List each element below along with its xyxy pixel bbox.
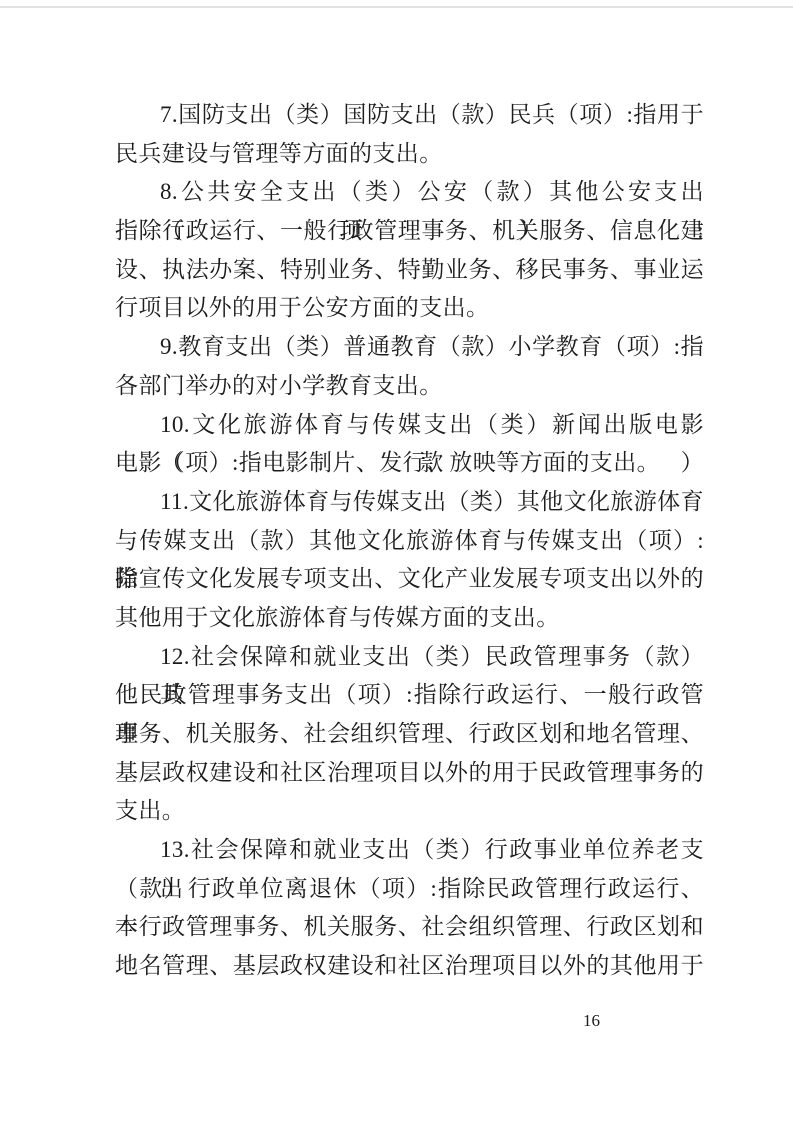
document-page: 7.国防支出（类）国防支出（款）民兵（项）:指用于 民兵建设与管理等方面的支出。…	[0, 0, 793, 1122]
paragraph-item-11: 11.文化旅游体育与传媒支出（类）其他文化旅游体育 与传媒支出（款）其他文化旅游…	[115, 483, 704, 638]
text-line: 7.国防支出（类）国防支出（款）民兵（项）:指用于	[115, 96, 704, 135]
text-line: 行项目以外的用于公安方面的支出。	[115, 289, 704, 328]
paragraph-item-9: 9.教育支出（类）普通教育（款）小学教育（项）:指 各部门举办的对小学教育支出。	[115, 328, 704, 405]
text-line: 9.教育支出（类）普通教育（款）小学教育（项）:指	[115, 328, 704, 367]
page-number: 16	[583, 1010, 600, 1032]
text-line: （款）行政单位离退休（项）:指除民政管理行政运行、一	[115, 870, 704, 909]
text-line: 8.公共安全支出（类）公安（款）其他公安支出（项）:	[115, 173, 704, 212]
text-line: 除宣传文化发展专项支出、文化产业发展专项支出以外的	[115, 560, 704, 599]
text-line: 指除行政运行、一般行政管理事务、机关服务、信息化建	[115, 212, 704, 251]
text-line: 民兵建设与管理等方面的支出。	[115, 135, 704, 174]
text-line: 地名管理、基层政权建设和社区治理项目以外的其他用于	[115, 947, 704, 986]
document-body: 7.国防支出（类）国防支出（款）民兵（项）:指用于 民兵建设与管理等方面的支出。…	[115, 96, 704, 986]
text-line: 10.文化旅游体育与传媒支出（类）新闻出版电影（款）	[115, 406, 704, 445]
text-line: 11.文化旅游体育与传媒支出（类）其他文化旅游体育	[115, 483, 704, 522]
text-line: 他民政管理事务支出（项）:指除行政运行、一般行政管理	[115, 676, 704, 715]
text-line: 各部门举办的对小学教育支出。	[115, 367, 704, 406]
scan-artifact-top-edge	[0, 6, 793, 8]
text-line: 其他用于文化旅游体育与传媒方面的支出。	[115, 599, 704, 638]
paragraph-item-13: 13.社会保障和就业支出（类）行政事业单位养老支出 （款）行政单位离退休（项）:…	[115, 831, 704, 986]
paragraph-item-8: 8.公共安全支出（类）公安（款）其他公安支出（项）: 指除行政运行、一般行政管理…	[115, 173, 704, 328]
text-line: 设、执法办案、特别业务、特勤业务、移民事务、事业运	[115, 251, 704, 290]
text-line: 13.社会保障和就业支出（类）行政事业单位养老支出	[115, 831, 704, 870]
text-line: 支出。	[115, 792, 704, 831]
text-line: 12.社会保障和就业支出（类）民政管理事务（款）其	[115, 638, 704, 677]
text-line: 基层政权建设和社区治理项目以外的用于民政管理事务的	[115, 754, 704, 793]
text-line: 电影（项）:指电影制片、发行、放映等方面的支出。	[115, 444, 704, 483]
paragraph-item-10: 10.文化旅游体育与传媒支出（类）新闻出版电影（款） 电影（项）:指电影制片、发…	[115, 406, 704, 483]
paragraph-item-12: 12.社会保障和就业支出（类）民政管理事务（款）其 他民政管理事务支出（项）:指…	[115, 638, 704, 831]
text-line: 与传媒支出（款）其他文化旅游体育与传媒支出（项）:指	[115, 522, 704, 561]
text-line: 本行政管理事务、机关服务、社会组织管理、行政区划和	[115, 908, 704, 947]
paragraph-item-7: 7.国防支出（类）国防支出（款）民兵（项）:指用于 民兵建设与管理等方面的支出。	[115, 96, 704, 173]
text-line: 事务、机关服务、社会组织管理、行政区划和地名管理、	[115, 715, 704, 754]
